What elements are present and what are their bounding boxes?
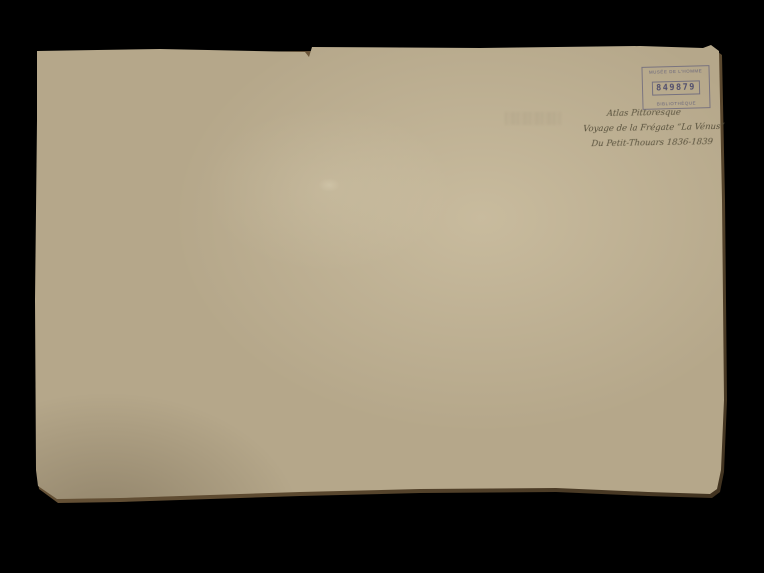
photo-black-background: MUSÉE DE L'HOMME 849879 BIBLIOTHÈQUE Atl…: [0, 0, 764, 573]
library-stamp: MUSÉE DE L'HOMME 849879 BIBLIOTHÈQUE: [641, 65, 710, 110]
handwritten-author-date-line: Du Petit-Thouars 1836-1839: [591, 135, 739, 153]
stamp-accession-number: 849879: [652, 80, 700, 95]
stamp-institution-text: MUSÉE DE L'HOMME: [649, 68, 702, 74]
handwritten-annotation: Atlas Pittoresque Voyage de la Frégate “…: [578, 105, 739, 153]
paper-blemish-spot: [318, 178, 340, 192]
faint-pencil-mark: [505, 112, 561, 125]
